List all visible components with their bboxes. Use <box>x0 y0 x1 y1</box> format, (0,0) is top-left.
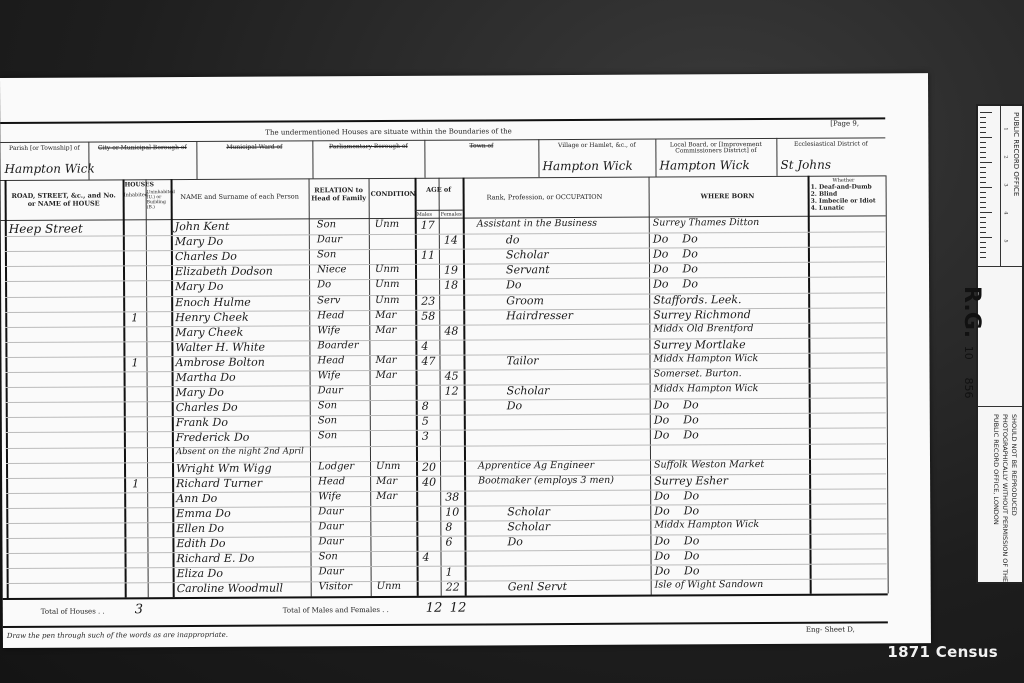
footnote: Draw the pen through such of the words a… <box>7 631 228 640</box>
person-name: Charles Do <box>175 250 237 263</box>
relation: Daur <box>318 521 343 532</box>
condition: Unm <box>377 581 401 592</box>
header-inhabited: Inhabited <box>124 192 146 198</box>
ruler-number: 5 <box>1003 239 1009 242</box>
age-female: 1 <box>446 566 453 579</box>
boundary-label: City or Municipal Borough of <box>91 145 193 152</box>
condition: Unm <box>375 294 399 305</box>
condition: Mar <box>376 491 397 502</box>
age-female: 38 <box>445 490 459 503</box>
relation: Daur <box>317 234 342 245</box>
person-name: Ambrose Bolton <box>175 356 264 369</box>
person-name: Elizabeth Dodson <box>175 265 273 279</box>
age-male: 17 <box>421 219 435 232</box>
occupation: Do <box>506 279 522 292</box>
age-female: 45 <box>445 370 459 383</box>
birthplace: Do Do <box>654 550 699 563</box>
total-females-value: 12 <box>450 601 467 616</box>
relation: Son <box>317 219 336 230</box>
total-houses-label: Total of Houses . . <box>41 607 105 615</box>
header-name: NAME and Surname of each Person <box>177 192 303 201</box>
occupation: Scholar <box>507 520 550 533</box>
birthplace: Do Do <box>653 232 698 245</box>
age-male: 5 <box>422 415 429 428</box>
image-caption: 1871 Census <box>887 643 998 661</box>
person-name: Walter H. White <box>175 340 265 353</box>
person-name: Eliza Do <box>177 567 223 580</box>
age-female: 8 <box>445 521 452 534</box>
person-name: Edith Do <box>176 537 225 550</box>
birthplace: Do Do <box>653 278 698 291</box>
sheet-code: Eng- Sheet D, <box>806 626 855 634</box>
boundaries-row: Parish [or Township] ofHampton WickCity … <box>0 73 928 78</box>
condition: Unm <box>376 461 400 472</box>
occupation: Groom <box>506 294 544 307</box>
person-name: Ellen Do <box>176 522 224 535</box>
age-female: 10 <box>445 505 459 518</box>
birthplace: Somerset. Burton. <box>654 368 742 379</box>
relation: Boarder <box>317 340 358 351</box>
archive-series: R.G. 10 856 <box>959 286 984 398</box>
age-male: 3 <box>422 430 429 443</box>
birthplace: Middx Hampton Wick <box>654 383 759 395</box>
birthplace: Surrey Thames Ditton <box>653 217 760 229</box>
age-male: 11 <box>421 249 435 262</box>
age-female: 19 <box>444 264 458 277</box>
occupation: Apprentice Ag Engineer <box>478 459 594 471</box>
relation: Daur <box>319 567 344 578</box>
relation: Son <box>318 551 337 562</box>
person-name: Mary Do <box>175 235 223 248</box>
boundary-label: Village or Hamlet, &c., of <box>541 143 652 150</box>
boundary-label: Parish [or Township] of <box>3 146 85 152</box>
person-name: Ann Do <box>176 492 217 505</box>
birthplace: Do Do <box>654 429 699 442</box>
condition: Mar <box>376 370 397 381</box>
header-banner: The undermentioned Houses are situate wi… <box>265 127 512 136</box>
person-name: Richard E. Do <box>176 552 254 565</box>
occupation: Do <box>507 535 523 548</box>
occupation: Scholar <box>507 384 550 397</box>
boundary-value: Hampton Wick <box>659 158 749 172</box>
person-name: Henry Cheek <box>175 310 248 323</box>
condition: Mar <box>375 355 396 366</box>
age-male: 47 <box>421 355 435 368</box>
boundary-label: Parliamentary Borough of <box>315 144 421 151</box>
occupation: Scholar <box>507 505 550 518</box>
occupation: Servant <box>506 263 550 276</box>
total-males-value: 12 <box>426 601 443 616</box>
archive-header: PUBLIC RECORD OFFICE <box>1012 112 1020 196</box>
age-female: 48 <box>444 324 458 337</box>
enumeration-grid <box>0 73 928 78</box>
age-male: 23 <box>421 294 435 307</box>
boundary-label: Town of <box>427 143 535 150</box>
person-name: Mary Do <box>176 386 224 399</box>
person-name: John Kent <box>175 220 230 233</box>
relation: Daur <box>318 385 343 396</box>
person-name: Charles Do <box>176 401 238 414</box>
ruler-number: 3 <box>1003 183 1009 186</box>
birthplace: Do Do <box>654 534 699 547</box>
birthplace: Middx Hampton Wick <box>654 519 759 531</box>
occupation: Do <box>507 399 523 412</box>
header-whether-item: 4. Lunatic <box>811 206 845 212</box>
inhabited-house-count: 1 <box>131 356 138 369</box>
age-male: 58 <box>421 309 435 322</box>
occupation: Bootmaker (employs 3 men) <box>478 474 614 486</box>
person-name: Mary Cheek <box>175 325 243 338</box>
relation: Son <box>318 400 337 411</box>
total-persons-label: Total of Males and Females . . <box>283 606 389 615</box>
birthplace: Do Do <box>654 489 699 502</box>
person-name: Frederick Do <box>176 431 250 444</box>
birthplace: Suffolk Weston Market <box>654 459 764 471</box>
relation: Daur <box>318 536 343 547</box>
relation: Wife <box>318 491 341 502</box>
birthplace: Surrey Richmond <box>653 308 751 322</box>
birthplace: Isle of Wight Sandown <box>655 579 764 591</box>
relation: Visitor <box>319 582 352 593</box>
birthplace: Do Do <box>653 263 698 276</box>
boundary-value: Hampton Wick <box>542 159 632 173</box>
reproduction-notice: SHOULD NOT BE REPRODUCED PHOTOGRAPHICALL… <box>991 414 1018 584</box>
age-male: 40 <box>422 475 436 488</box>
relation: Serv <box>317 295 340 306</box>
relation: Niece <box>317 264 346 275</box>
header-condition: CONDITION <box>371 190 413 199</box>
condition: Mar <box>375 310 396 321</box>
ruler-number: 2 <box>1003 155 1009 158</box>
archive-reference-tag: 12345 PUBLIC RECORD OFFICE R.G. 10 856 S… <box>976 104 1024 584</box>
relation: Wife <box>317 325 340 336</box>
condition: Unm <box>375 264 399 275</box>
street-name: Heep Street <box>9 222 83 236</box>
person-name: Martha Do <box>176 371 236 384</box>
person-name: Emma Do <box>176 507 230 520</box>
total-houses-value: 3 <box>135 602 143 617</box>
relation: Son <box>318 431 337 442</box>
person-name: Wright Wm Wigg <box>176 461 272 475</box>
relation: Lodger <box>318 461 354 472</box>
person-name: Enoch Hulme <box>175 295 251 308</box>
inhabited-house-count: 1 <box>131 311 138 324</box>
condition: Mar <box>376 476 397 487</box>
archive-folio: 856 <box>962 377 975 398</box>
birthplace: Surrey Esher <box>654 474 728 487</box>
relation: Head <box>317 310 344 321</box>
birthplace: Do Do <box>653 248 698 261</box>
occupation: Tailor <box>506 354 538 367</box>
relation: Son <box>318 416 337 427</box>
header-uninhabited: Uninhabited (U.) or Building (B.) <box>147 190 171 210</box>
birthplace: Middx Old Brentford <box>653 323 753 335</box>
person-name: Absent on the night 2nd April <box>176 446 304 457</box>
boundary-label: Municipal Ward of <box>199 144 309 151</box>
condition: Mar <box>375 325 396 336</box>
age-female: 6 <box>445 536 452 549</box>
census-sheet: The undermentioned Houses are situate wi… <box>0 73 931 648</box>
relation: Daur <box>318 506 343 517</box>
header-houses: HOUSES <box>125 182 154 188</box>
relation: Head <box>318 476 345 487</box>
birthplace: Do Do <box>654 399 699 412</box>
birthplace: Surrey Mortlake <box>653 338 745 351</box>
occupation: Scholar <box>506 248 549 261</box>
birthplace: Do Do <box>654 504 699 517</box>
age-female: 22 <box>446 581 460 594</box>
occupation: Assistant in the Business <box>477 218 597 230</box>
age-female: 14 <box>444 234 458 247</box>
age-male: 20 <box>422 460 436 473</box>
household-rows: Heep StreetJohn KentSonUnm17Assistant in… <box>0 73 928 78</box>
occupation: Genl Servt <box>508 580 567 593</box>
relation: Head <box>317 355 344 366</box>
boundary-label: Ecclesiastical District of <box>779 141 882 148</box>
header-road: ROAD, STREET, &c., and No. or NAME of HO… <box>9 191 119 208</box>
ruler-number: 4 <box>1003 211 1009 214</box>
column-headers: ROAD, STREET, &c., and No. or NAME of HO… <box>0 73 928 78</box>
birthplace: Do Do <box>655 565 700 578</box>
header-where-born: WHERE BORN <box>701 192 755 200</box>
person-name: Frank Do <box>176 416 228 429</box>
birthplace: Middx Hampton Wick <box>653 353 758 365</box>
person-name: Caroline Woodmull <box>177 582 283 596</box>
occupation: Hairdresser <box>506 309 573 322</box>
age-male: 4 <box>421 340 428 353</box>
relation: Wife <box>318 370 341 381</box>
inhabited-house-count: 1 <box>132 477 139 490</box>
condition: Unm <box>375 279 399 290</box>
boundary-value: St Johns <box>780 158 831 172</box>
age-male: 4 <box>422 551 429 564</box>
age-female: 18 <box>444 279 458 292</box>
relation: Do <box>317 280 331 291</box>
page-number: [Page 9, <box>830 120 859 128</box>
occupation: do <box>506 233 520 246</box>
age-male: 8 <box>422 400 429 413</box>
boundary-label: Local Board, or [Improvement Commissione… <box>658 142 773 155</box>
header-relation: RELATION to Head of Family <box>311 186 367 202</box>
boundary-value: Hampton Wick <box>4 162 94 176</box>
relation: Son <box>317 249 336 260</box>
person-name: Richard Turner <box>176 476 262 489</box>
birthplace: Staffords. Leek. <box>653 293 741 306</box>
archive-piece: 10 <box>962 346 975 360</box>
age-female: 12 <box>445 385 459 398</box>
header-occupation: Rank, Profession, or OCCUPATION <box>487 193 603 202</box>
person-name: Mary Do <box>175 280 223 293</box>
condition: Unm <box>375 219 399 230</box>
ruler-number: 1 <box>1003 127 1009 130</box>
birthplace: Do Do <box>654 414 699 427</box>
